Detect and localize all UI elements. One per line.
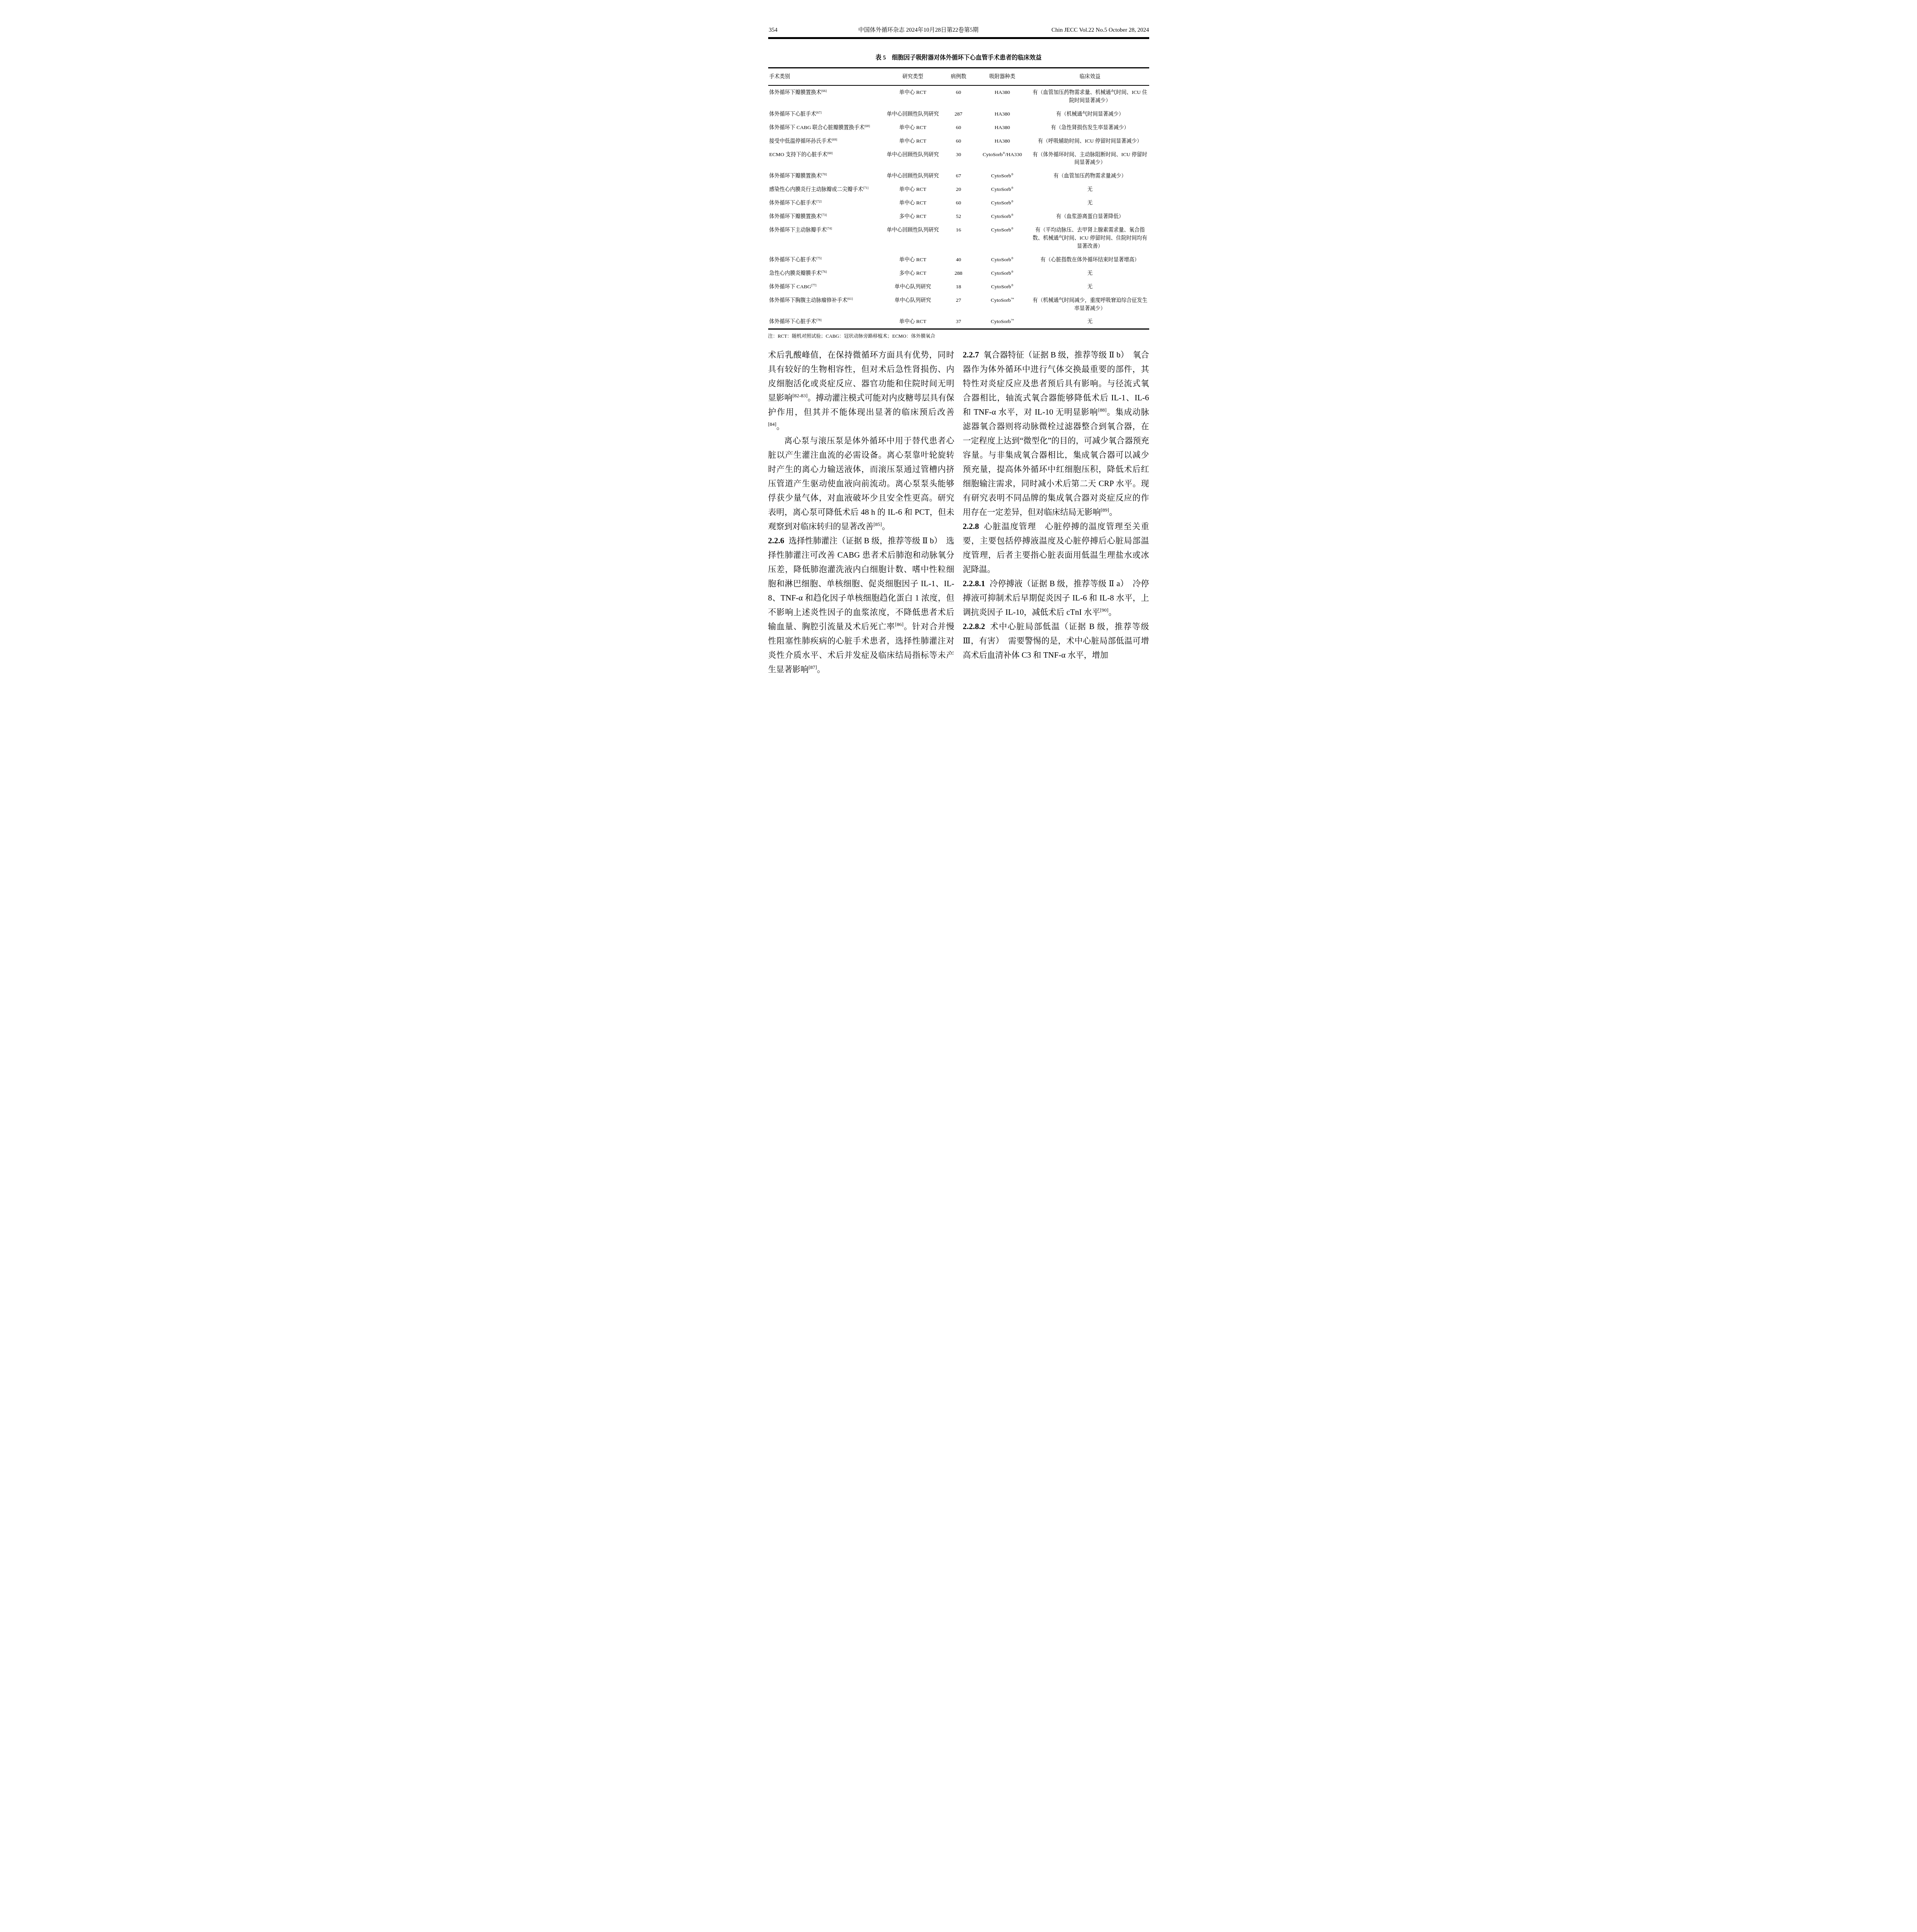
benefit-cell: 有（血浆游离蛋白显著降低） <box>1031 210 1149 223</box>
adsorber-cell: CytoSorb® <box>974 223 1031 253</box>
surgery-cell: 体外循环下瓣膜置换术[73] <box>768 210 883 223</box>
study-cell: 单中心回顾性队列研究 <box>882 107 943 121</box>
column-header: 研究类型 <box>882 68 943 85</box>
adsorber-cell: CytoSorb® <box>974 267 1031 280</box>
surgery-cell: 急性心内膜炎瓣膜手术[76] <box>768 267 883 280</box>
study-cell: 单中心 RCT <box>882 183 943 196</box>
study-cell: 单中心 RCT <box>882 315 943 329</box>
left-column: 术后乳酸峰值，在保持微循环方面具有优势，同时具有较好的生物相容性，但对术后急性肾… <box>768 348 954 677</box>
cases-cell: 40 <box>943 253 974 267</box>
surgery-cell: 体外循环下主动脉瓣手术[74] <box>768 223 883 253</box>
section-paragraph: 2.2.8.2术中心脏局部低温（证据 B 级，推荐等级 Ⅲ，有害） 需要警惕的是… <box>963 619 1149 662</box>
benefit-cell: 有（机械通气时间显著减少） <box>1031 107 1149 121</box>
section-paragraph: 2.2.8心脏温度管理 心脏停搏的温度管理至关重要，主要包括停搏液温度及心脏停搏… <box>963 519 1149 577</box>
adsorber-cell: CytoSorb® <box>974 253 1031 267</box>
adsorber-cell: HA380 <box>974 107 1031 121</box>
cases-cell: 288 <box>943 267 974 280</box>
table-row: 体外循环下 CABG[77]单中心队列研究18CytoSorb®无 <box>768 280 1149 294</box>
section-paragraph: 2.2.7氧合器特征（证据 B 级，推荐等级 Ⅱ b） 氧合器作为体外循环中进行… <box>963 348 1149 519</box>
cases-cell: 60 <box>943 121 974 134</box>
cases-cell: 27 <box>943 294 974 315</box>
table-header-row: 手术类别研究类型病例数吸附器种类临床效益 <box>768 68 1149 85</box>
study-cell: 单中心回顾性队列研究 <box>882 223 943 253</box>
page-number: 354 <box>768 27 778 34</box>
cases-cell: 37 <box>943 315 974 329</box>
surgery-cell: 体外循环下瓣膜置换术[66] <box>768 85 883 107</box>
page-header: 354 中国体外循环杂志 2024年10月28日第22卷第5期 Chin JEC… <box>768 26 1149 34</box>
column-header: 吸附器种类 <box>974 68 1031 85</box>
table-row: 体外循环下 CABG 联合心脏瓣膜置换手术[68]单中心 RCT60HA380有… <box>768 121 1149 134</box>
column-header: 临床效益 <box>1031 68 1149 85</box>
cases-cell: 20 <box>943 183 974 196</box>
column-header: 病例数 <box>943 68 974 85</box>
surgery-cell: 体外循环下胸腹主动脉瘤修补手术[61] <box>768 294 883 315</box>
table-row: 体外循环下主动脉瓣手术[74]单中心回顾性队列研究16CytoSorb®有（平均… <box>768 223 1149 253</box>
table-row: 体外循环下心脏手术[72]单中心 RCT60CytoSorb®无 <box>768 196 1149 210</box>
header-rule <box>768 37 1149 39</box>
surgery-cell: 体外循环下 CABG[77] <box>768 280 883 294</box>
cases-cell: 52 <box>943 210 974 223</box>
adsorber-cell: CytoSorb®/HA330 <box>974 148 1031 170</box>
section-number: 2.2.7 <box>963 350 979 359</box>
benefit-cell: 有（血管加压药物需求量、机械通气时间、ICU 住院时间显著减少） <box>1031 85 1149 107</box>
cases-cell: 30 <box>943 148 974 170</box>
benefit-cell: 无 <box>1031 196 1149 210</box>
study-cell: 单中心回顾性队列研究 <box>882 169 943 183</box>
study-cell: 单中心队列研究 <box>882 280 943 294</box>
benefit-cell: 无 <box>1031 280 1149 294</box>
study-cell: 单中心 RCT <box>882 196 943 210</box>
benefit-cell: 有（平均动脉压、去甲肾上腺素需求量、氧合指数、机械通气时间、ICU 停留时间、住… <box>1031 223 1149 253</box>
study-cell: 单中心 RCT <box>882 253 943 267</box>
adsorber-cell: CytoSorb® <box>974 183 1031 196</box>
cases-cell: 18 <box>943 280 974 294</box>
journal-title-en: Chin JECC Vol.22 No.5 October 28, 2024 <box>1051 27 1149 34</box>
surgery-cell: 体外循环下 CABG 联合心脏瓣膜置换手术[68] <box>768 121 883 134</box>
cases-cell: 60 <box>943 196 974 210</box>
table-row: 体外循环下心脏手术[75]单中心 RCT40CytoSorb®有（心脏指数在体外… <box>768 253 1149 267</box>
cases-cell: 16 <box>943 223 974 253</box>
section-paragraph: 2.2.6选择性肺灌注（证据 B 级，推荐等级 Ⅱ b） 选择性肺灌注可改善 C… <box>768 534 954 677</box>
table-row: 体外循环下心脏手术[78]单中心 RCT37CytoSorb™无 <box>768 315 1149 329</box>
cases-cell: 287 <box>943 107 974 121</box>
cases-cell: 60 <box>943 85 974 107</box>
study-cell: 单中心回顾性队列研究 <box>882 148 943 170</box>
cases-cell: 67 <box>943 169 974 183</box>
surgery-cell: ECMO 支持下的心脏手术[60] <box>768 148 883 170</box>
section-number: 2.2.6 <box>768 536 784 545</box>
study-cell: 多中心 RCT <box>882 210 943 223</box>
benefit-cell: 有（血管加压药物需求量减少） <box>1031 169 1149 183</box>
table-note: 注：RCT：随机对照试验；CABG：冠状动脉旁路移植术；ECMO：体外膜氧合 <box>768 332 1149 339</box>
surgery-cell: 体外循环下瓣膜置换术[70] <box>768 169 883 183</box>
paragraph: 离心泵与滚压泵是体外循环中用于替代患者心脏以产生灌注血流的必需设备。离心泵靠叶轮… <box>768 434 954 534</box>
benefit-cell: 无 <box>1031 315 1149 329</box>
section-number: 2.2.8.2 <box>963 622 985 631</box>
section-number: 2.2.8 <box>963 522 979 531</box>
surgery-cell: 体外循环下心脏手术[78] <box>768 315 883 329</box>
adsorber-cell: HA380 <box>974 85 1031 107</box>
journal-page: 354 中国体外循环杂志 2024年10月28日第22卷第5期 Chin JEC… <box>719 0 1198 688</box>
surgery-cell: 体外循环下心脏手术[75] <box>768 253 883 267</box>
benefit-cell: 无 <box>1031 183 1149 196</box>
adsorber-cell: CytoSorb™ <box>974 315 1031 329</box>
table-row: 急性心内膜炎瓣膜手术[76]多中心 RCT288CytoSorb®无 <box>768 267 1149 280</box>
table-row: 感染性心内膜炎行主动脉瓣或二尖瓣手术[71]单中心 RCT20CytoSorb®… <box>768 183 1149 196</box>
adsorber-cell: CytoSorb® <box>974 210 1031 223</box>
table-row: 体外循环下瓣膜置换术[66]单中心 RCT60HA380有（血管加压药物需求量、… <box>768 85 1149 107</box>
right-column: 2.2.7氧合器特征（证据 B 级，推荐等级 Ⅱ b） 氧合器作为体外循环中进行… <box>963 348 1149 677</box>
article-body: 术后乳酸峰值，在保持微循环方面具有优势，同时具有较好的生物相容性，但对术后急性肾… <box>768 348 1149 677</box>
column-header: 手术类别 <box>768 68 883 85</box>
benefit-cell: 无 <box>1031 267 1149 280</box>
paragraph: 术后乳酸峰值，在保持微循环方面具有优势，同时具有较好的生物相容性，但对术后急性肾… <box>768 348 954 434</box>
surgery-cell: 体外循环下心脏手术[67] <box>768 107 883 121</box>
journal-title-cn: 中国体外循环杂志 2024年10月28日第22卷第5期 <box>858 26 978 34</box>
benefit-cell: 有（机械通气时间减少，重度呼吸窘迫综合征发生率显著减少） <box>1031 294 1149 315</box>
surgery-cell: 感染性心内膜炎行主动脉瓣或二尖瓣手术[71] <box>768 183 883 196</box>
table-row: 体外循环下胸腹主动脉瘤修补手术[61]单中心队列研究27CytoSorb™有（机… <box>768 294 1149 315</box>
surgery-cell: 接受中低温停循环孙氏手术[69] <box>768 134 883 148</box>
clinical-benefit-table: 手术类别研究类型病例数吸附器种类临床效益 体外循环下瓣膜置换术[66]单中心 R… <box>768 67 1149 330</box>
table-row: 体外循环下瓣膜置换术[73]多中心 RCT52CytoSorb®有（血浆游离蛋白… <box>768 210 1149 223</box>
cases-cell: 60 <box>943 134 974 148</box>
table-body: 体外循环下瓣膜置换术[66]单中心 RCT60HA380有（血管加压药物需求量、… <box>768 85 1149 329</box>
adsorber-cell: CytoSorb® <box>974 196 1031 210</box>
surgery-cell: 体外循环下心脏手术[72] <box>768 196 883 210</box>
adsorber-cell: CytoSorb® <box>974 280 1031 294</box>
section-paragraph: 2.2.8.1冷停搏液（证据 B 级，推荐等级 Ⅱ a） 冷停搏液可抑制术后早期… <box>963 577 1149 619</box>
table-row: ECMO 支持下的心脏手术[60]单中心回顾性队列研究30CytoSorb®/H… <box>768 148 1149 170</box>
table-title: 表 5 细胞因子吸附器对体外循环下心血管手术患者的临床效益 <box>768 53 1149 61</box>
adsorber-cell: CytoSorb™ <box>974 294 1031 315</box>
adsorber-cell: CytoSorb® <box>974 169 1031 183</box>
table-row: 体外循环下瓣膜置换术[70]单中心回顾性队列研究67CytoSorb®有（血管加… <box>768 169 1149 183</box>
study-cell: 单中心 RCT <box>882 134 943 148</box>
benefit-cell: 有（呼吸辅助时间、ICU 停留时间显著减少） <box>1031 134 1149 148</box>
study-cell: 单中心 RCT <box>882 121 943 134</box>
benefit-cell: 有（体外循环时间、主动脉阻断时间、ICU 停留时间显著减少） <box>1031 148 1149 170</box>
table-row: 接受中低温停循环孙氏手术[69]单中心 RCT60HA380有（呼吸辅助时间、I… <box>768 134 1149 148</box>
study-cell: 多中心 RCT <box>882 267 943 280</box>
benefit-cell: 有（急性肾损伤发生率显著减少） <box>1031 121 1149 134</box>
study-cell: 单中心 RCT <box>882 85 943 107</box>
section-number: 2.2.8.1 <box>963 579 985 588</box>
table-head: 手术类别研究类型病例数吸附器种类临床效益 <box>768 68 1149 85</box>
adsorber-cell: HA380 <box>974 121 1031 134</box>
study-cell: 单中心队列研究 <box>882 294 943 315</box>
benefit-cell: 有（心脏指数在体外循环结束时显著增高） <box>1031 253 1149 267</box>
adsorber-cell: HA380 <box>974 134 1031 148</box>
table-row: 体外循环下心脏手术[67]单中心回顾性队列研究287HA380有（机械通气时间显… <box>768 107 1149 121</box>
